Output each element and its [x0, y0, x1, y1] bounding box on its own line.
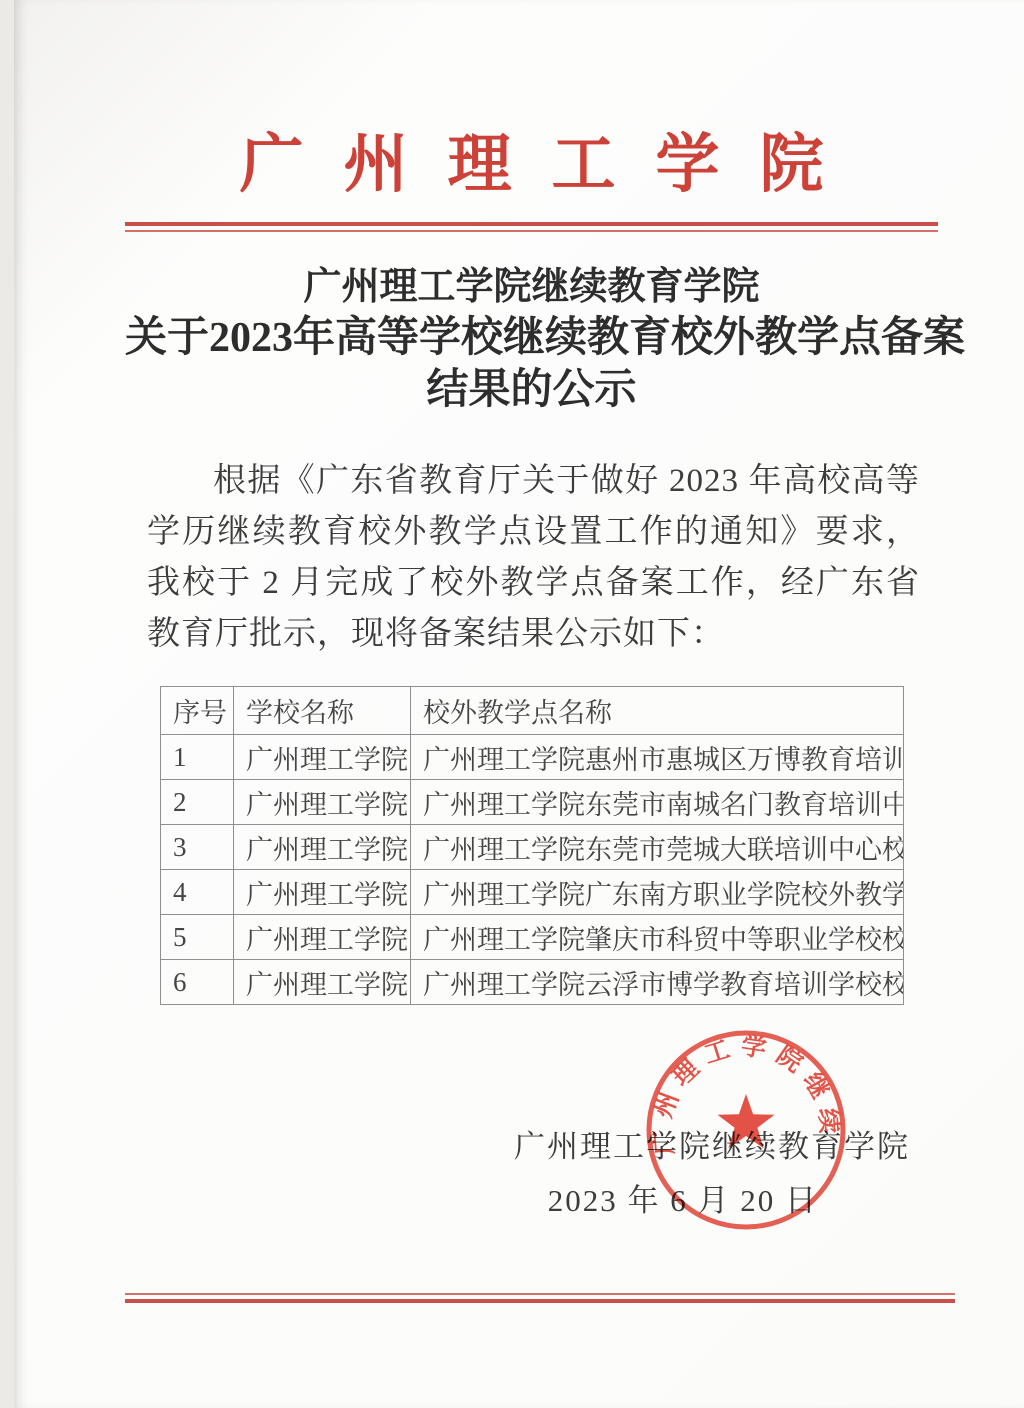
table-row: 5 广州理工学院 广州理工学院肇庆市科贸中等职业学校校外教学点	[161, 915, 904, 960]
table-row: 6 广州理工学院 广州理工学院云浮市博学教育培训学校校外教学点	[161, 960, 904, 1005]
masthead-rule-thick	[125, 222, 938, 226]
title-line-2: 关于2023年高等学校继续教育校外教学点备案	[125, 312, 938, 364]
cell-school: 广州理工学院	[234, 780, 411, 825]
table-row: 3 广州理工学院 广州理工学院东莞市莞城大联培训中心校外教学点	[161, 825, 904, 870]
document-content: 广州理工学院 广州理工学院继续教育学院 关于2023年高等学校继续教育校外教学点…	[125, 0, 938, 1005]
cell-site: 广州理工学院云浮市博学教育培训学校校外教学点	[411, 960, 904, 1005]
cell-site: 广州理工学院东莞市南城名门教育培训中心校外教学点	[411, 780, 904, 825]
cell-no: 6	[161, 960, 234, 1005]
title-line-3: 结果的公示	[125, 364, 938, 416]
table-row: 1 广州理工学院 广州理工学院惠州市惠城区万博教育培训中心校外教学点	[161, 735, 904, 780]
cell-site: 广州理工学院广东南方职业学院校外教学点	[411, 870, 904, 915]
masthead-rule-thin	[125, 230, 938, 232]
cell-no: 1	[161, 735, 234, 780]
cell-school: 广州理工学院	[234, 960, 411, 1005]
cell-no: 2	[161, 780, 234, 825]
scanned-page: 广州理工学院 广州理工学院继续教育学院 关于2023年高等学校继续教育校外教学点…	[14, 0, 1024, 1408]
table-row: 2 广州理工学院 广州理工学院东莞市南城名门教育培训中心校外教学点	[161, 780, 904, 825]
cell-no: 4	[161, 870, 234, 915]
header-cell-no: 序号	[161, 687, 234, 735]
signature-name: 广州理工学院继续教育学院	[125, 1124, 938, 1170]
table-row: 4 广州理工学院 广州理工学院广东南方职业学院校外教学点	[161, 870, 904, 915]
cell-site: 广州理工学院肇庆市科贸中等职业学校校外教学点	[411, 915, 904, 960]
body-paragraph: 根据《广东省教育厅关于做好 2023 年高校高等学历继续教育校外教学点设置工作的…	[125, 456, 938, 660]
cell-site: 广州理工学院惠州市惠城区万博教育培训中心校外教学点	[411, 735, 904, 780]
signature-block: 广州理工学院继续教育学院 2023 年 6 月 20 日	[125, 1124, 938, 1224]
cell-no: 3	[161, 825, 234, 870]
header-cell-school: 学校名称	[234, 687, 411, 735]
footer-rule-thick	[125, 1299, 955, 1303]
cell-no: 5	[161, 915, 234, 960]
masthead-title: 广州理工学院	[125, 122, 938, 208]
header-cell-site: 校外教学点名称	[411, 687, 904, 735]
table-header-row: 序号 学校名称 校外教学点名称	[161, 687, 904, 735]
document-title: 广州理工学院继续教育学院 关于2023年高等学校继续教育校外教学点备案 结果的公…	[125, 262, 938, 416]
footer-rule-thin	[125, 1293, 955, 1295]
registration-table: 序号 学校名称 校外教学点名称 1 广州理工学院 广州理工学院惠州市惠城区万博教…	[160, 686, 904, 1005]
cell-site: 广州理工学院东莞市莞城大联培训中心校外教学点	[411, 825, 904, 870]
title-line-1: 广州理工学院继续教育学院	[125, 262, 938, 312]
cell-school: 广州理工学院	[234, 825, 411, 870]
cell-school: 广州理工学院	[234, 735, 411, 780]
cell-school: 广州理工学院	[234, 870, 411, 915]
cell-school: 广州理工学院	[234, 915, 411, 960]
signature-date: 2023 年 6 月 20 日	[125, 1178, 938, 1224]
